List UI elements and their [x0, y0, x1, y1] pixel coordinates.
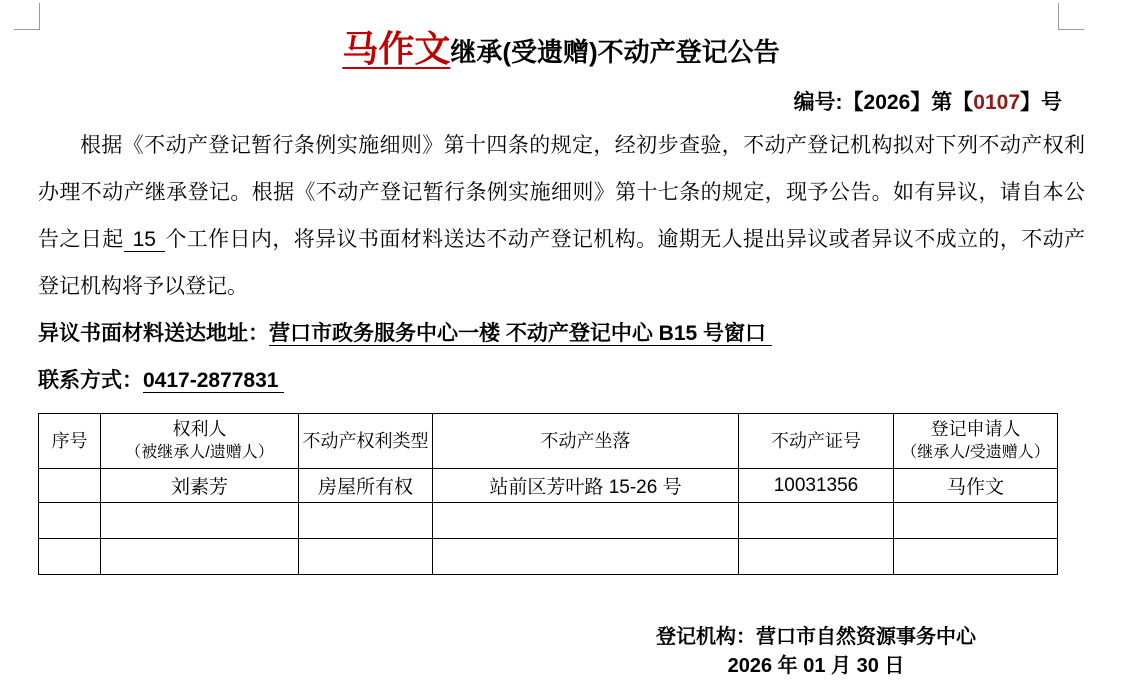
cell-location: [433, 503, 739, 539]
doc-number-value: 0107: [973, 91, 1020, 114]
page-margin-mark-top-left: [14, 3, 40, 30]
table-header-rights-holder: 权利人（被继承人/遗赠人）: [101, 414, 299, 469]
cell-applicant: [894, 503, 1058, 539]
document-title: 马作文继承(受遗赠)不动产登记公告: [0, 26, 1122, 80]
body-paragraph: 根据《不动产登记暂行条例实施细则》第十四条的规定，经初步查验，不动产登记机构拟对…: [38, 122, 1085, 310]
cell-cert-number: 10031356: [739, 469, 894, 503]
table-header-row: 序号 权利人（被继承人/遗赠人） 不动产权利类型 不动产坐落 不动产证号 登记申…: [39, 414, 1058, 469]
cell-location: [433, 539, 739, 575]
body-text-after-days: 个工作日内，将异议书面材料送达不动产登记机构。逾期无人提出异议或者异议不成立的，…: [38, 228, 1085, 298]
document-footer: 登记机构：营口市自然资源事务中心 2026 年 01 月 30 日: [510, 623, 1122, 681]
cell-serial: [39, 539, 101, 575]
address-label: 异议书面材料送达地址：: [38, 322, 269, 345]
doc-number-line: 编号:【2026】第【0107】号: [0, 90, 1122, 116]
table-row: [39, 539, 1058, 575]
contact-line: 联系方式：0417-2877831: [38, 357, 1085, 404]
table-header-right-type: 不动产权利类型: [299, 414, 433, 469]
title-applicant-name: 马作文: [342, 28, 450, 69]
contact-label: 联系方式：: [38, 369, 143, 392]
cell-cert-number: [739, 503, 894, 539]
cell-right-type: [299, 503, 433, 539]
cell-serial: [39, 503, 101, 539]
cell-right-type: [299, 539, 433, 575]
title-suffix: 继承(受遗赠)不动产登记公告: [450, 37, 779, 67]
page-margin-mark-top-right: [1058, 3, 1084, 30]
footer-date: 2026 年 01 月 30 日: [510, 652, 1122, 681]
objection-days-value: 15: [124, 228, 165, 252]
address-line: 异议书面材料送达地址：营口市政务服务中心一楼 不动产登记中心 B15 号窗口: [38, 310, 1085, 357]
cell-location: 站前区芳叶路 15-26 号: [433, 469, 739, 503]
announcement-table: 序号 权利人（被继承人/遗赠人） 不动产权利类型 不动产坐落 不动产证号 登记申…: [38, 413, 1058, 575]
table-row: 刘素芳 房屋所有权 站前区芳叶路 15-26 号 10031356 马作文: [39, 469, 1058, 503]
footer-agency: 登记机构：营口市自然资源事务中心: [510, 623, 1122, 652]
cell-right-type: 房屋所有权: [299, 469, 433, 503]
doc-number-prefix: 编号:【2026】第【: [794, 91, 974, 114]
cell-serial: [39, 469, 101, 503]
cell-rights-holder: 刘素芳: [101, 469, 299, 503]
cell-cert-number: [739, 539, 894, 575]
table-header-cert-number: 不动产证号: [739, 414, 894, 469]
cell-applicant: [894, 539, 1058, 575]
table-row: [39, 503, 1058, 539]
doc-number-suffix: 】号: [1020, 91, 1062, 114]
table-header-location: 不动产坐落: [433, 414, 739, 469]
address-value: 营口市政务服务中心一楼 不动产登记中心 B15 号窗口: [269, 322, 772, 346]
cell-rights-holder: [101, 503, 299, 539]
contact-value: 0417-2877831: [143, 369, 284, 393]
table-header-applicant: 登记申请人（继承人/受遗赠人）: [894, 414, 1058, 469]
document-body: 根据《不动产登记暂行条例实施细则》第十四条的规定，经初步查验，不动产登记机构拟对…: [38, 122, 1085, 404]
cell-applicant: 马作文: [894, 469, 1058, 503]
cell-rights-holder: [101, 539, 299, 575]
table-header-serial: 序号: [39, 414, 101, 469]
